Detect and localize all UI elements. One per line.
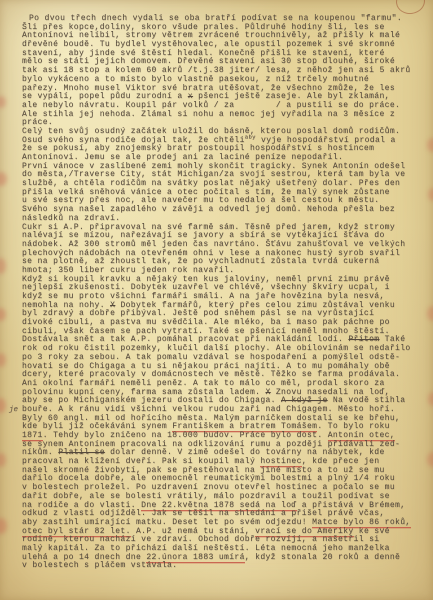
text-segment: Na vodě stihla <box>328 396 406 405</box>
document-line: Ale stihla jej nehoda. Zlámal si nohu a … <box>22 111 424 120</box>
text-segment: . To bylo roku <box>317 422 390 431</box>
text-segment: nalévají se mízou, nařezávají se javory … <box>22 231 385 240</box>
red-underlined-text: Antonín otec, <box>328 431 395 440</box>
text-segment: bylo vykáceno a to místo bylo vlastně pa… <box>22 75 369 84</box>
text-segment: se vypálí, popel půdu zurodní a <box>22 92 188 101</box>
text-segment: Celý ten svůj osudný začátek uložil do b… <box>22 127 400 136</box>
text-segment: . Tehdy bylo zničeno na 18.000 budov. Pr… <box>43 431 328 440</box>
red-underlined-text: Františkem a bratrem Tomášem <box>172 422 317 431</box>
text-segment: níkům. <box>22 448 58 457</box>
text-segment: dcery, které pracovaly v domácnostech ve… <box>22 370 400 379</box>
text-segment: když se mu proto všichni farmáři smáli. … <box>22 292 385 301</box>
text-segment: na rodiče a do vlasti. <box>22 501 141 510</box>
text-segment: následků na zdraví. <box>22 214 120 223</box>
text-segment: První vánoce v zaslíbené zemi mohly skon… <box>22 162 405 171</box>
red-underlined-text: otec byl stár 82 let. <box>22 527 131 536</box>
text-segment: dřevěné boudě. Tu bydlel vystěhovalec, a… <box>22 40 395 49</box>
text-segment: Šli přes kopce,doliny, skoro všude prale… <box>22 23 385 32</box>
text-segment: aby zastihl umírající matku. Deset let p… <box>22 518 312 527</box>
text-segment: Ani okolní farmáři neměli peněz. A tak t… <box>22 379 385 388</box>
text-segment: nádobek. Až 300 stromů měl jeden čas nav… <box>22 240 405 249</box>
text-segment: Znovu nasedali na loď, <box>271 388 390 397</box>
paper-stain <box>428 392 433 406</box>
text-segment: a přistává v Brémem, <box>297 501 406 510</box>
text-segment: Svého syna našel zapadlého v závěji a od… <box>22 205 395 214</box>
red-underlined-text: Dne 22.května 1878 sedá na loď <box>141 501 296 510</box>
text-segment: Když si koupil kravku a nějaký ten kus j… <box>22 275 390 284</box>
text-segment: ulehá a po 14 dnech dne <box>22 553 146 562</box>
text-segment: vyje hospodářství prodal a <box>256 136 396 145</box>
text-segment: ale nebylo návratu. Koupil pár volků / z… <box>22 101 400 110</box>
text-segment: dolar denně. V zimě odešel do továrny na… <box>105 448 385 457</box>
inserted-annotation: aby <box>245 133 256 142</box>
document-page: Po dvou třech dnech vydali se oba bratří… <box>0 0 433 600</box>
text-segment: Cukr si A.P. připravoval na své farmě sá… <box>22 223 395 232</box>
paper-stain <box>427 452 433 467</box>
paper-stain <box>0 258 6 274</box>
text-segment: dařit dobře, ale se bolesti vrátily, mál… <box>22 492 390 501</box>
text-segment: Ale stihla jej nehoda. Zlámal si nohu a … <box>22 110 395 119</box>
text-segment: tak asi 18 stop a kolem 60 akrů /t.j.38 … <box>22 66 411 75</box>
text-segment: aby se po Michiganském jezeru dostali do… <box>22 396 281 405</box>
text-segment: přišla velká sněhová vánice a otec počít… <box>22 188 390 197</box>
red-underlined-text: vrací se do Ameriky <box>255 527 353 536</box>
paper-stain <box>0 308 6 321</box>
paper-stain <box>0 398 6 413</box>
text-segment: byl zdravý a dobře přibýval. Ještě pod s… <box>22 309 374 318</box>
text-segment: Osud svého syna rodiče dojal tak, že cht… <box>22 136 245 145</box>
text-segment: Také <box>379 335 405 344</box>
text-segment: pšenci ještě zaseje. Ale byl zklamán, <box>193 92 390 101</box>
text-segment: práce. <box>22 118 53 127</box>
red-underlined-text: Matce bylo 86 roků, <box>312 518 410 527</box>
text-segment: ke své <box>354 527 390 536</box>
text-segment: rodině, kterou nachází ve zdraví. Obchod… <box>22 535 379 544</box>
text-segment: službě, a chtěla rodičům na svátky posla… <box>22 179 400 188</box>
paper-stain <box>427 306 433 321</box>
paper-stain <box>0 353 6 367</box>
text-segment: Po dvou třech dnech vydali se oba bratří… <box>29 14 402 23</box>
text-segment: malý kapitál. Za to přichází další neště… <box>22 544 390 553</box>
text-segment: Antonínovi nelíbil, stromy větrem zvráce… <box>22 31 400 40</box>
paper-stain <box>0 172 7 186</box>
struck-text: A když je <box>281 396 328 405</box>
text-segment: cibuli, však časem se pach vytratí. Také… <box>22 327 390 336</box>
text-segment: hovati se do Chigaga a tu si nějakou prá… <box>22 362 390 371</box>
text-segment: odkud z vlasti odjížděl. Jak se těšil na… <box>22 509 385 518</box>
text-segment: hmota; 350 liber cukru jeden rok navařil… <box>22 266 234 275</box>
text-segment: dařilo docela dobře, ale onemocněl reuma… <box>22 474 395 483</box>
text-segment: Byly 60 angl. mil od hořícího města. Mal… <box>22 414 400 423</box>
text-segment: stavení, aby jinde své štěstí hledal. Ko… <box>22 49 385 58</box>
text-segment: nejlepší zkušenosti. Dobytek uzavřel ve … <box>22 283 390 292</box>
text-segment: v bolestech s pláčem vstávala. <box>22 561 177 570</box>
text-segment: , kde přece jen <box>302 457 380 466</box>
text-segment: A.P. už nemá tu stání, <box>131 527 255 536</box>
text-segment: bouře. A k ránu vidí všichni velkou rudo… <box>22 405 395 414</box>
text-segment: Antonínovi. Jemu se ale prodej ani za la… <box>22 153 343 162</box>
text-segment: polovinu kupní ceny, farma sama zůstala … <box>22 388 266 397</box>
document-text: Po dvou třech dnech vydali se oba bratří… <box>22 15 424 571</box>
document-line: v bolestech s pláčem vstávala. <box>22 562 424 571</box>
text-segment: Dostávala snět a tak A.P. pomáhal pracov… <box>22 335 348 344</box>
red-underlined-text: 22.února 1883 umírá <box>146 553 244 562</box>
paper-stain <box>0 453 6 467</box>
text-segment: pracoval na klížení dveří. Pak si koupil… <box>22 457 260 466</box>
text-segment: kde byli již očekáváni synem <box>22 422 172 431</box>
text-segment: že se pokusí, aby znojemský bratr postou… <box>22 144 374 153</box>
paper-stain <box>0 518 7 534</box>
paper-stain <box>428 188 433 201</box>
struck-text: Platil se <box>58 448 105 457</box>
paper-stain <box>427 138 433 152</box>
red-underlined-text: 1871 <box>22 431 43 440</box>
text-segment: po 3 roky za sebou. A tak pomalu vzdával… <box>22 353 400 362</box>
text-segment: v bolestech proležel. Po uzdravení znovu… <box>22 483 395 492</box>
text-segment: se na plotně, až zhoustl tak, že po vych… <box>22 257 379 266</box>
text-segment: divoké cibuli, a pastva mu svědčila. Ale… <box>22 318 390 327</box>
paper-stain <box>0 96 6 108</box>
struck-text: Přitom <box>348 335 379 344</box>
red-underlined-text: hostinec <box>260 457 301 466</box>
text-segment: našel skromné živobytí, pak se přestěhov… <box>22 466 385 475</box>
text-segment: , když stonala 20 roků a denně <box>245 553 400 562</box>
text-segment: rok od roku čistil pozemky, klučil další… <box>22 344 411 353</box>
margin-annotation: je <box>9 406 18 415</box>
